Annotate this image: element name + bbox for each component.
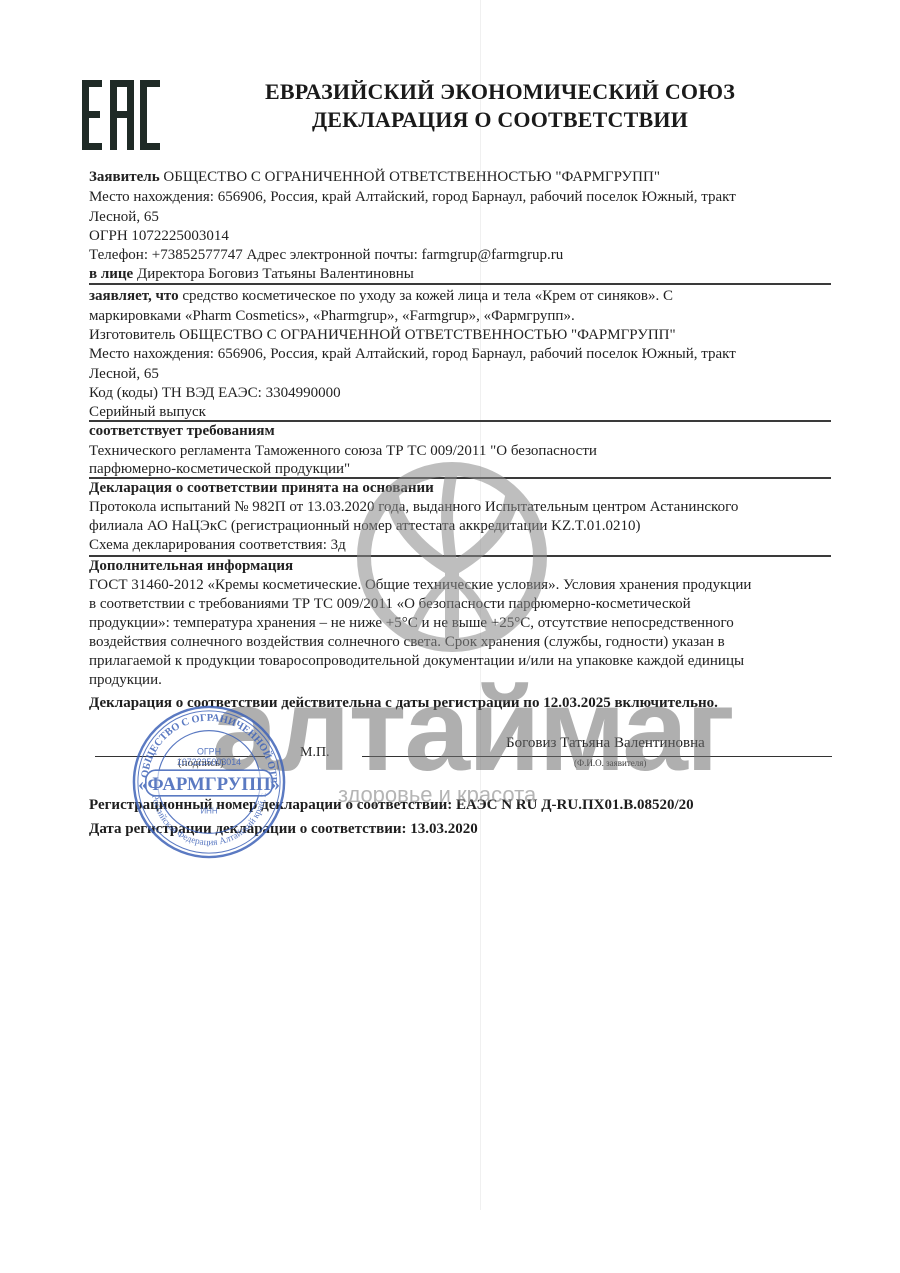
section-divider	[89, 283, 831, 285]
applicant-label: Заявитель	[89, 169, 160, 185]
stamp-company: «ФАРМГРУПП»	[138, 774, 280, 795]
validity-statement: Декларация о соответствии действительна …	[89, 695, 718, 712]
registration-number: Регистрационный номер декларации о соотв…	[89, 797, 694, 814]
applicant-name: ОБЩЕСТВО С ОГРАНИЧЕННОЙ ОТВЕТСТВЕННОСТЬЮ…	[160, 169, 660, 185]
signature-caption: (подпись)	[178, 757, 224, 769]
additional-text-5: прилагаемой к продукции товаросопроводит…	[89, 651, 744, 671]
basis-label: Декларация о соответствии принята на осн…	[89, 478, 434, 498]
product-description: средство косметическое по уходу за кожей…	[179, 288, 673, 304]
title-declaration: ДЕКЛАРАЦИЯ О СООТВЕТСТВИИ	[200, 106, 800, 134]
eac-logo-icon	[82, 80, 160, 150]
hs-code: Код (коды) ТН ВЭД ЕАЭС: 3304990000	[89, 383, 341, 403]
represented-label: в лице	[89, 266, 133, 282]
applicant-line: Заявитель ОБЩЕСТВО С ОГРАНИЧЕННОЙ ОТВЕТС…	[89, 167, 660, 187]
production-type: Серийный выпуск	[89, 402, 206, 422]
basis-text-2: филиала АО НаЦЭкС (регистрационный номер…	[89, 516, 640, 536]
svg-text:ОБЩЕСТВО С ОГРАНИЧЕННОЙ ОТВЕТС: ОБЩЕСТВО С ОГРАНИЧЕННОЙ ОТВЕТСТВЕННОСТЬЮ	[130, 703, 278, 784]
applicant-address-1: Место нахождения: 656906, Россия, край А…	[89, 187, 736, 207]
additional-text-3: продукции»: температура хранения – не ни…	[89, 613, 734, 633]
declaration-scheme: Схема декларирования соответствия: 3д	[89, 535, 346, 555]
additional-text-6: продукции.	[89, 670, 162, 690]
requirements-text-1: Технического регламента Таможенного союз…	[89, 441, 597, 461]
stamp-ogrn-label: ОГРН	[197, 746, 221, 756]
declares-label: заявляет, что	[89, 288, 179, 304]
title-union: ЕВРАЗИЙСКИЙ ЭКОНОМИЧЕСКИЙ СОЮЗ	[200, 78, 800, 106]
signer-name-line	[362, 756, 832, 757]
applicant-representative: в лице Директора Боговиз Татьяны Валенти…	[89, 264, 414, 284]
represented-by: Директора Боговиз Татьяны Валентиновны	[133, 266, 414, 282]
requirements-text-2: парфюмерно-косметической продукции"	[89, 459, 350, 479]
manufacturer-address-1: Место нахождения: 656906, Россия, край А…	[89, 344, 736, 364]
requirements-label: соответствует требованиям	[89, 421, 275, 441]
additional-text-2: в соответствии с требованиями ТР ТС 009/…	[89, 594, 691, 614]
applicant-ogrn: ОГРН 1072225003014	[89, 226, 229, 246]
applicant-address-2: Лесной, 65	[89, 207, 159, 227]
manufacturer: Изготовитель ОБЩЕСТВО С ОГРАНИЧЕННОЙ ОТВ…	[89, 325, 676, 345]
watermark-brand: алтаймаг	[212, 670, 733, 790]
registration-date: Дата регистрации декларации о соответств…	[89, 821, 478, 838]
additional-text-4: воздействия солнечного воздействия солне…	[89, 632, 725, 652]
stamp-ring-top: ОБЩЕСТВО С ОГРАНИЧЕННОЙ ОТВЕТСТВЕННОСТЬЮ	[130, 703, 278, 784]
additional-text-1: ГОСТ 31460-2012 «Кремы косметические. Об…	[89, 575, 751, 595]
signer-caption: (Ф.И.О. заявителя)	[574, 758, 646, 768]
document-title: ЕВРАЗИЙСКИЙ ЭКОНОМИЧЕСКИЙ СОЮЗ ДЕКЛАРАЦИ…	[200, 78, 800, 134]
additional-label: Дополнительная информация	[89, 556, 293, 576]
applicant-contacts: Телефон: +73852577747 Адрес электронной …	[89, 245, 563, 265]
declaration-product-2: маркировками «Pharm Cosmetics», «Pharmgr…	[89, 306, 575, 326]
basis-text-1: Протокола испытаний № 982П от 13.03.2020…	[89, 497, 738, 517]
signer-name: Боговиз Татьяна Валентиновна	[506, 733, 705, 753]
seal-label: М.П.	[300, 743, 330, 763]
declaration-product-1: заявляет, что средство косметическое по …	[89, 286, 673, 306]
manufacturer-address-2: Лесной, 65	[89, 364, 159, 384]
